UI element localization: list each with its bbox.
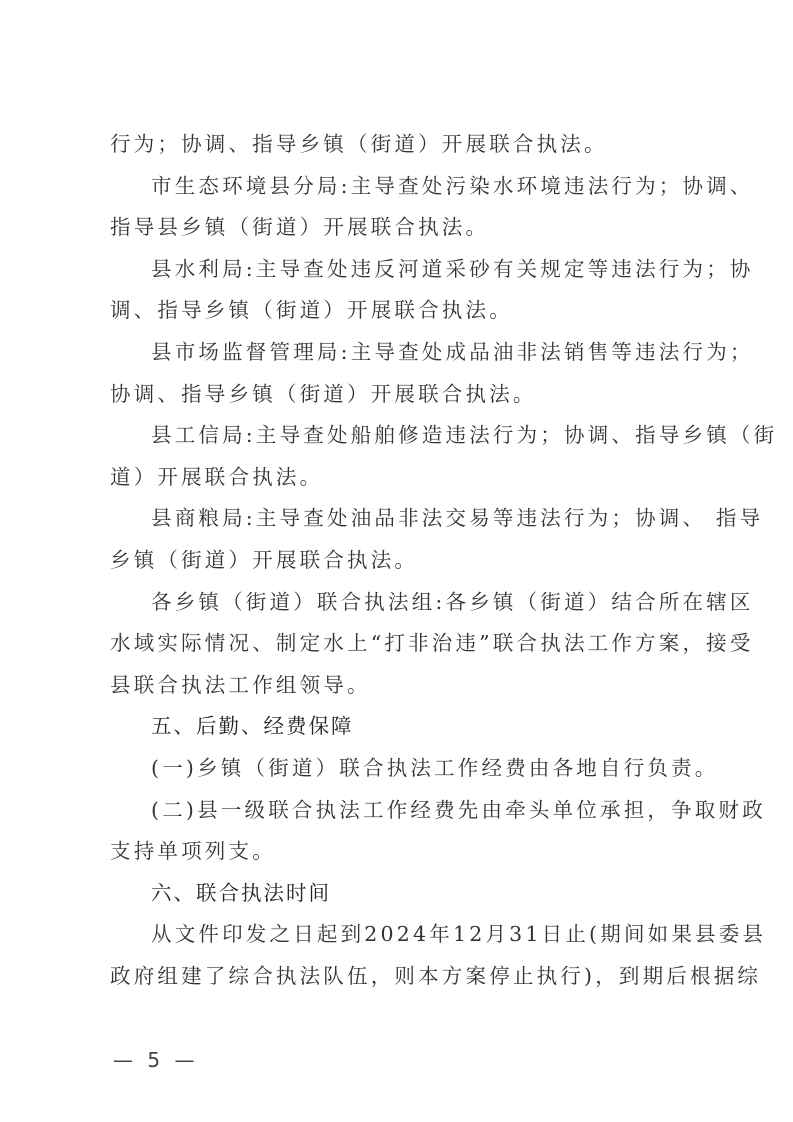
body-text-line: 道）开展联合执法。 bbox=[110, 457, 694, 499]
body-text-line: 调、指导乡镇（街道）开展联合执法。 bbox=[110, 290, 694, 332]
paragraph-industry-info-bureau: 县工信局:主导查处船舶修造违法行为；协调、指导乡镇（街 bbox=[110, 415, 694, 457]
body-text-line: 协调、指导乡镇（街道）开展联合执法。 bbox=[110, 374, 694, 416]
body-text-line: 行为；协调、指导乡镇（街道）开展联合执法。 bbox=[110, 124, 694, 166]
page-number: — 5 — bbox=[113, 1048, 198, 1072]
body-text-line: 乡镇（街道）开展联合执法。 bbox=[110, 540, 694, 582]
section-heading-logistics-funding: 五、后勤、经费保障 bbox=[110, 706, 694, 748]
list-item-township-funding: (一)乡镇（街道）联合执法工作经费由各地自行负责。 bbox=[110, 748, 694, 790]
section-heading-enforcement-period: 六、联合执法时间 bbox=[110, 873, 694, 915]
paragraph-township-enforcement-groups: 各乡镇（街道）联合执法组:各乡镇（街道）结合所在辖区 bbox=[110, 582, 694, 624]
body-text-line: 县联合执法工作组领导。 bbox=[110, 665, 694, 707]
body-text-line: 指导县乡镇（街道）开展联合执法。 bbox=[110, 207, 694, 249]
paragraph-market-supervision-bureau: 县市场监督管理局:主导查处成品油非法销售等违法行为； bbox=[110, 332, 694, 374]
list-item-county-funding: (二)县一级联合执法工作经费先由牵头单位承担，争取财政 bbox=[110, 790, 694, 832]
body-text-line: 政府组建了综合执法队伍，则本方案停止执行)，到期后根据综 bbox=[110, 956, 694, 998]
paragraph-eco-environment-bureau: 市生态环境县分局:主导查处污染水环境违法行为；协调、 bbox=[110, 166, 694, 208]
paragraph-commerce-grain-bureau: 县商粮局:主导查处油品非法交易等违法行为；协调、 指导 bbox=[110, 498, 694, 540]
paragraph-water-resources-bureau: 县水利局:主导查处违反河道采砂有关规定等违法行为；协 bbox=[110, 249, 694, 291]
body-text-line: 水域实际情况、制定水上“打非治违”联合执法工作方案，接受 bbox=[110, 623, 694, 665]
document-page: 行为；协调、指导乡镇（街道）开展联合执法。 市生态环境县分局:主导查处污染水环境… bbox=[110, 124, 694, 997]
paragraph-enforcement-period: 从文件印发之日起到2024年12月31日止(期间如果县委县 bbox=[110, 914, 694, 956]
body-text-line: 支持单项列支。 bbox=[110, 831, 694, 873]
